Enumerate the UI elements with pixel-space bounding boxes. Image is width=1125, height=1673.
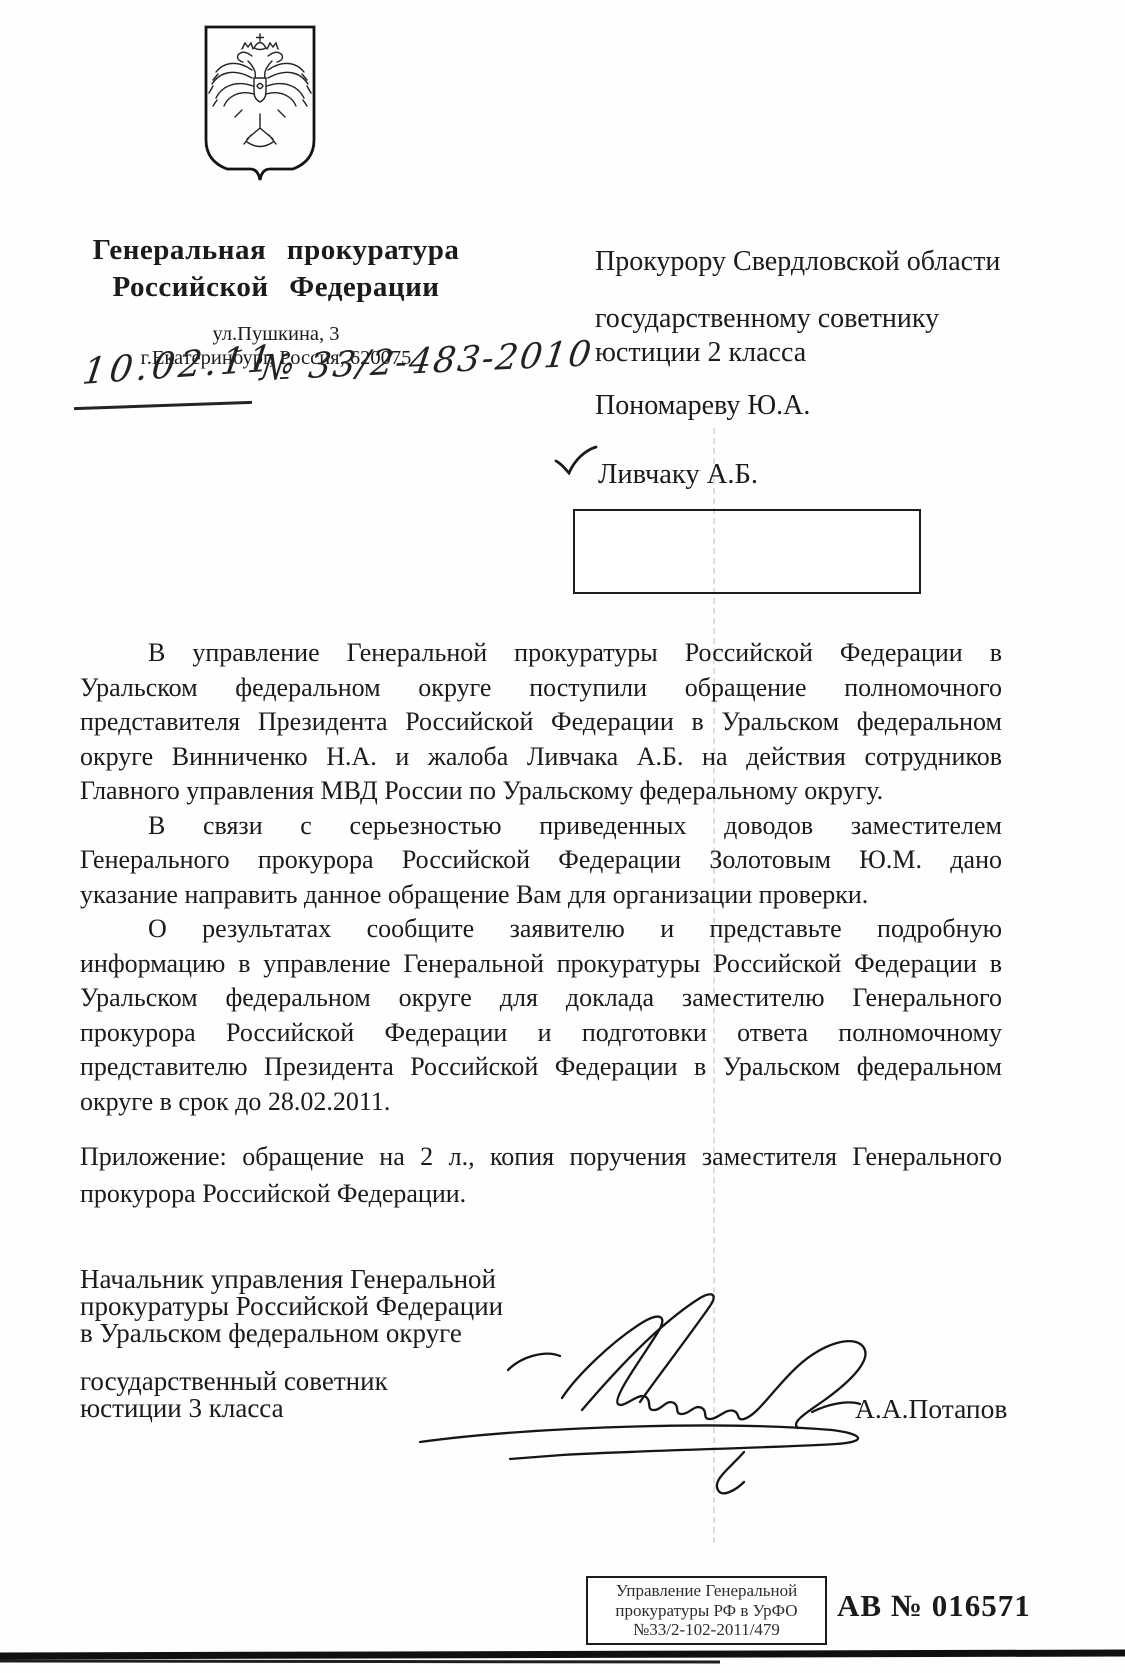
fold-line-artifact bbox=[713, 428, 715, 1543]
form-serial-number: АВ № 016571 bbox=[837, 1588, 1031, 1624]
org-name-line2: Российской Федерации bbox=[68, 269, 484, 306]
body-line: О результатах сообщите заявителю и предс… bbox=[80, 912, 1002, 947]
letter-body: В управление Генеральной прокуратуры Рос… bbox=[80, 636, 1002, 1212]
org-name-line1: Генеральная прокуратура bbox=[68, 232, 484, 269]
recipient-line1: Прокурору Свердловской области bbox=[595, 246, 1000, 278]
stamp-line3: №33/2-102-2011/479 bbox=[588, 1620, 825, 1640]
attachment-note: Приложение: обращение на 2 л., копия пор… bbox=[80, 1138, 1002, 1212]
recipient-line4: Пономареву Ю.А. bbox=[595, 390, 810, 422]
body-line: Главного управления МВД России по Уральс… bbox=[80, 774, 1002, 809]
check-mark-icon bbox=[554, 444, 598, 478]
body-line: информацию в управление Генеральной прок… bbox=[80, 947, 1002, 982]
scan-edge-artifact bbox=[0, 1650, 1125, 1660]
body-line: округе Винниченко Н.А. и жалоба Ливчака … bbox=[80, 740, 1002, 775]
stamp-line2: прокуратуры РФ в УрФО bbox=[588, 1601, 825, 1621]
address-box bbox=[573, 509, 921, 594]
handwritten-signature-icon bbox=[412, 1280, 902, 1500]
body-line: Генерального прокурора Российской Федера… bbox=[80, 843, 1002, 878]
coat-of-arms-icon bbox=[198, 22, 322, 182]
body-line: прокурора Российской Федерации и подгото… bbox=[80, 1016, 1002, 1051]
letterhead: Генеральная прокуратура Российской Федер… bbox=[68, 232, 484, 306]
body-line: Уральском федеральном округе поступили о… bbox=[80, 671, 1002, 706]
registration-stamp: Управление Генеральной прокуратуры РФ в … bbox=[586, 1576, 827, 1645]
stamp-line1: Управление Генеральной bbox=[588, 1581, 825, 1601]
scanned-letter-page: Генеральная прокуратура Российской Федер… bbox=[0, 0, 1125, 1673]
body-line: Уральском федеральном округе для доклада… bbox=[80, 981, 1002, 1016]
recipient-line3: юстиции 2 класса bbox=[595, 337, 806, 369]
scan-edge-artifact bbox=[0, 1659, 720, 1663]
body-line: В связи с серьезностью приведенных довод… bbox=[80, 809, 1002, 844]
recipient-line2: государственному советнику bbox=[595, 303, 939, 335]
recipient-line5: Ливчаку А.Б. bbox=[598, 459, 758, 491]
date-underline bbox=[74, 401, 252, 410]
body-line: В управление Генеральной прокуратуры Рос… bbox=[80, 636, 1002, 671]
attachment-line: Приложение: обращение на 2 л., копия пор… bbox=[80, 1138, 1002, 1175]
signer-name: А.А.Потапов bbox=[855, 1393, 1007, 1425]
body-line: представителю Президента Российской Феде… bbox=[80, 1050, 1002, 1085]
body-line: представителя Президента Российской Феде… bbox=[80, 705, 1002, 740]
body-line: указание направить данное обращение Вам … bbox=[80, 878, 1002, 913]
